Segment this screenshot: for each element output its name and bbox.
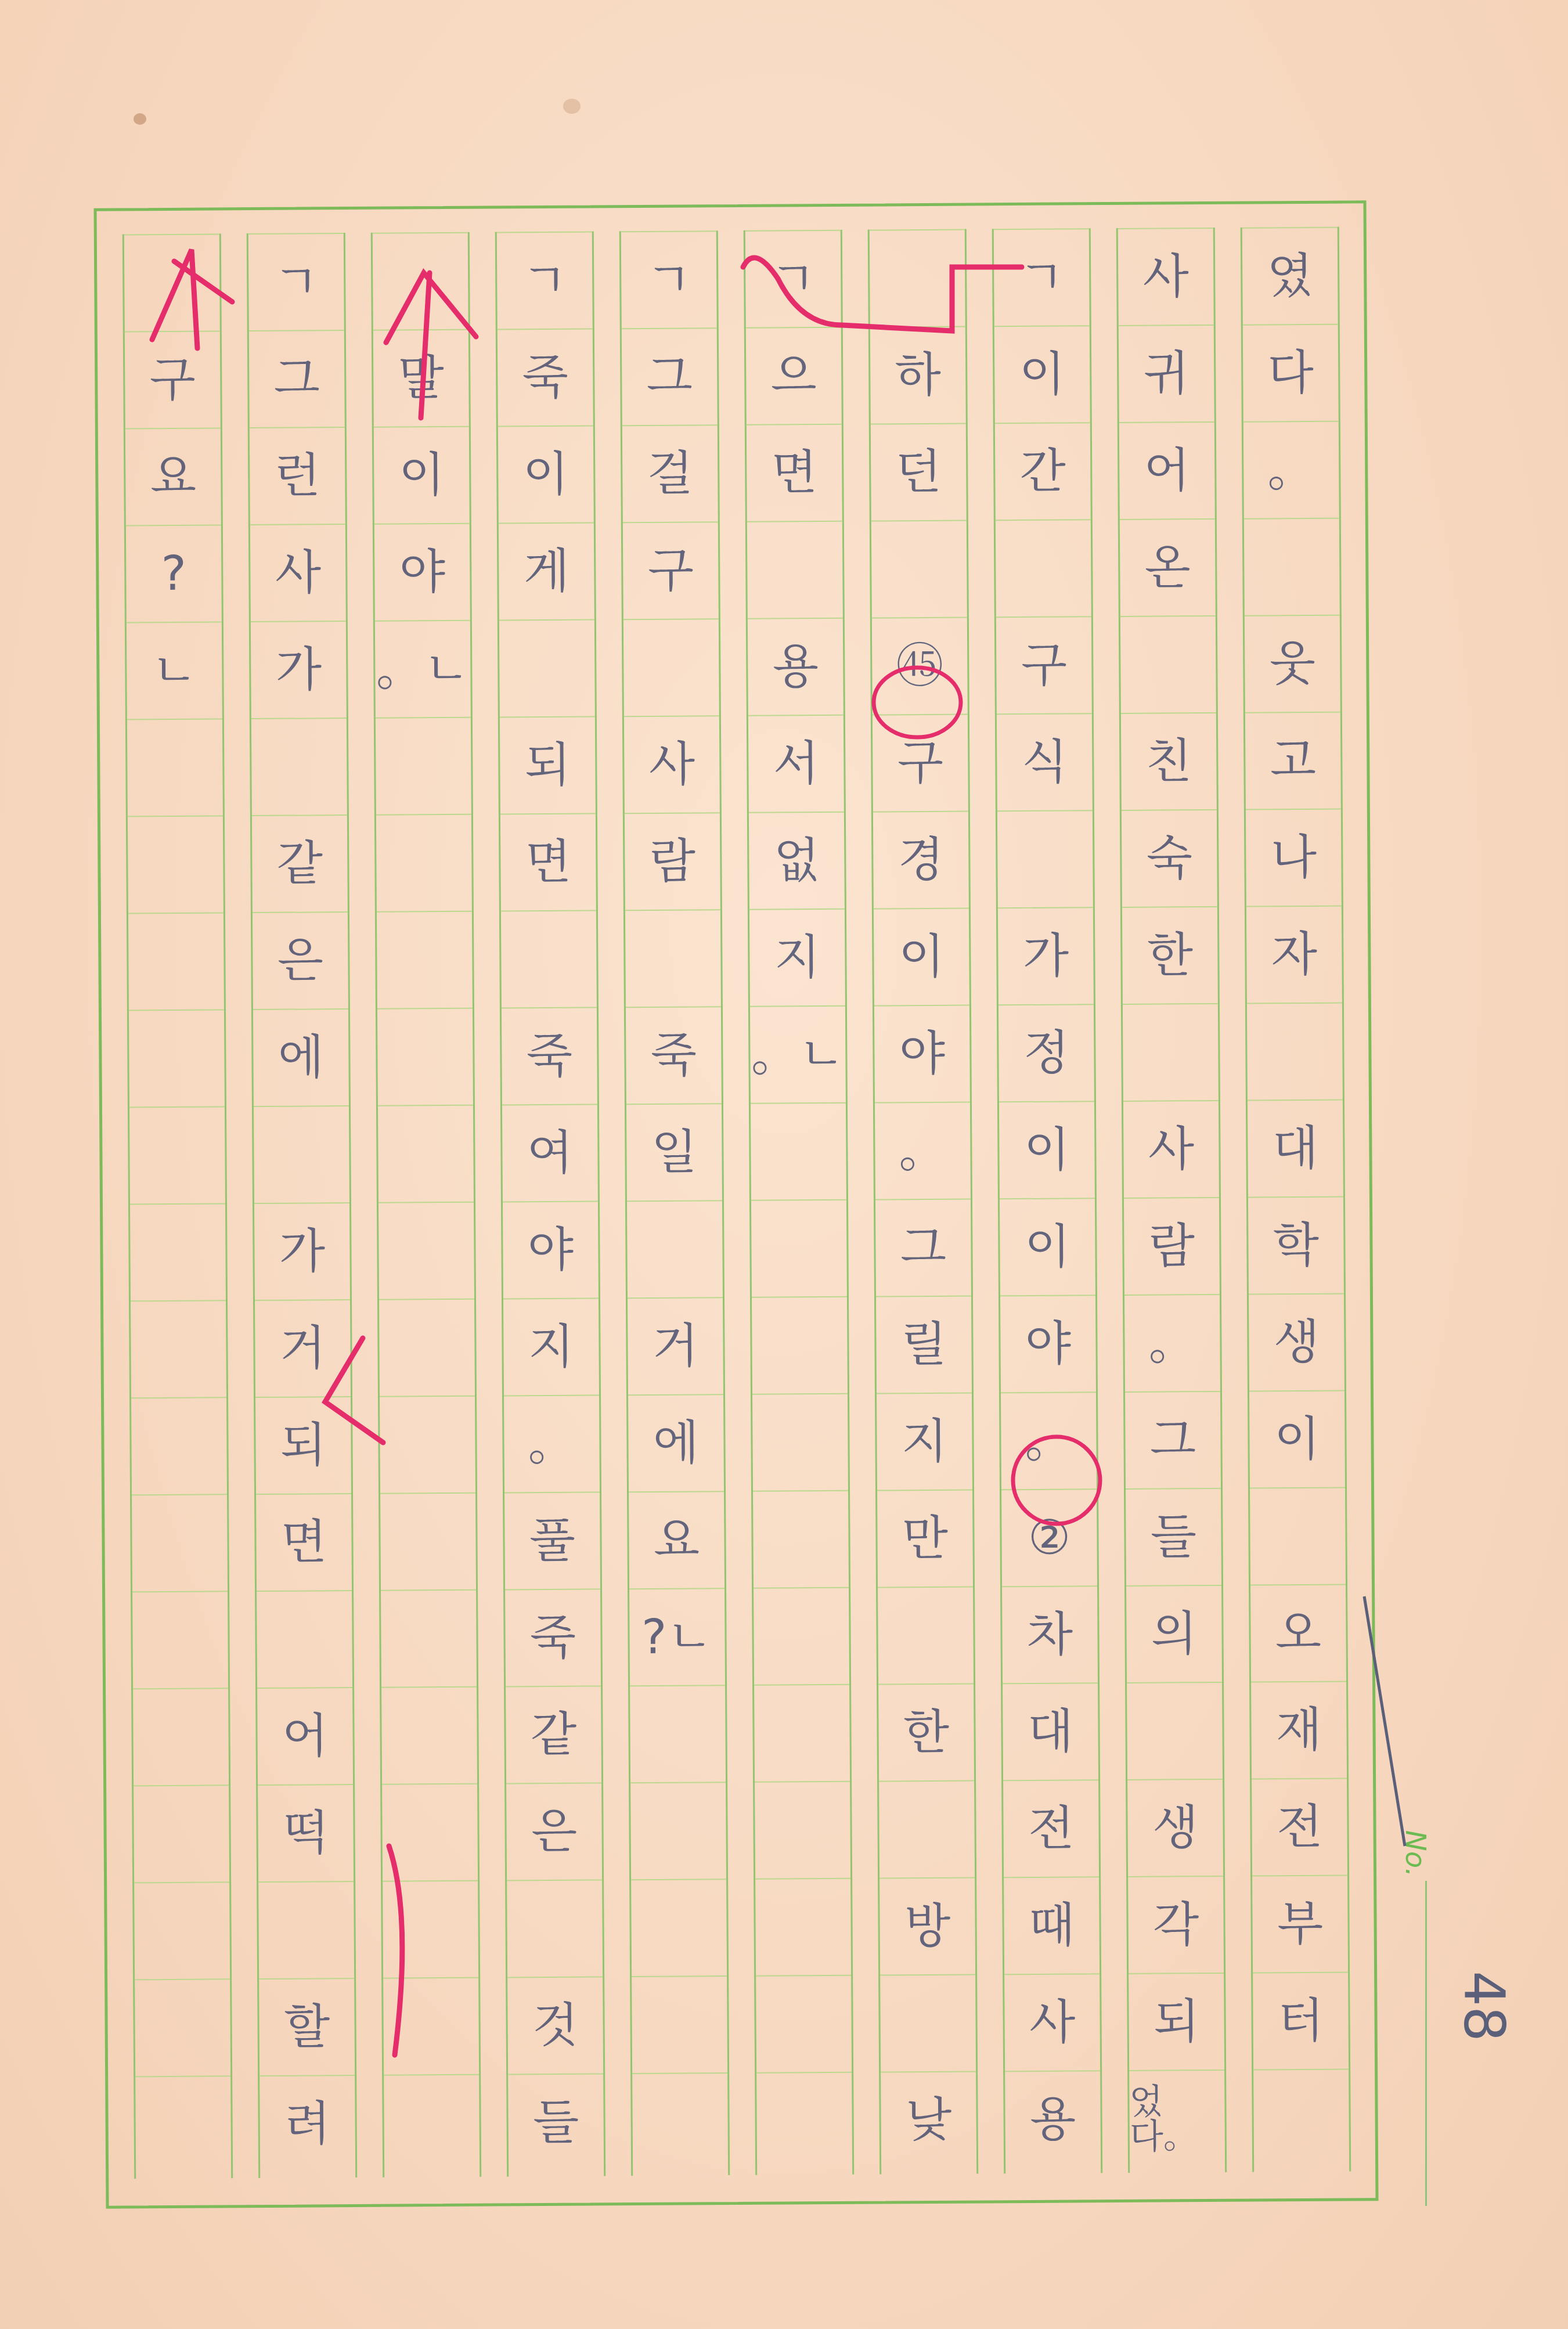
manuscript-cell: 야 [503,1200,599,1298]
handwritten-char: 。 [528,1420,576,1468]
manuscript-cell: 구 [125,330,221,428]
manuscript-cell: 사 [624,715,720,813]
handwritten-char: 죽 [522,354,568,401]
manuscript-cell: 사 [250,524,346,621]
manuscript-cell [257,1590,352,1688]
handwritten-char: 이 [522,450,569,498]
manuscript-cell [630,1782,726,1879]
handwritten-char: 거 [653,1322,699,1370]
manuscript-cell [381,1589,477,1687]
manuscript-cell: 은 [253,911,348,1009]
handwritten-char: 용 [1030,2096,1076,2143]
manuscript-cell: 오 [1250,1584,1346,1682]
manuscript-cell [251,718,347,815]
manuscript-cell [134,1881,230,1979]
handwritten-char: 면 [281,1519,327,1566]
handwritten-char: 없 [774,837,820,885]
manuscript-cell: 같 [506,1685,601,1783]
manuscript-cell: 。 [875,1102,971,1199]
manuscript-cell [382,1783,478,1881]
manuscript-cell: 학 [1248,1196,1344,1294]
manuscript-cell: 떡 [258,1784,354,1881]
handwritten-char: 이 [1024,1126,1070,1174]
manuscript-cell: ㄴ [127,621,222,719]
handwritten-char: 이 [1019,351,1065,398]
handwritten-char: 가 [279,1228,326,1275]
manuscript-cell: 。 [1124,1294,1220,1391]
handwritten-char: 한 [903,1708,950,1756]
handwritten-char: 것 [532,2002,579,2049]
manuscript-cell: 되 [1129,1973,1224,2070]
manuscript-cell [379,1202,474,1299]
handwritten-char: 어 [282,1712,329,1760]
manuscript-cell: ↑ [124,233,220,331]
manuscript-cell [128,815,224,913]
manuscript-cell [384,2074,480,2172]
handwritten-char: 。 [1267,446,1315,493]
manuscript-cell [499,619,595,716]
manuscript-cell: 들 [508,2073,604,2171]
manuscript-cell: 지 [877,1393,972,1490]
manuscript-cell: 친 [1121,712,1217,810]
handwritten-char: ㄱ [1018,254,1065,301]
handwritten-char: 요 [654,1516,700,1564]
handwritten-char: 낮 [906,2096,952,2144]
manuscript-cell: 게 [499,522,594,619]
handwritten-char: 구 [1021,641,1067,689]
manuscript-cell [378,1105,474,1202]
manuscript-cell: 그 [875,1199,971,1296]
manuscript-cell: 였 [1242,227,1338,325]
manuscript-cell: 용 [748,618,844,715]
manuscript-cell: 람 [625,812,720,910]
manuscript-cell: 부 [1252,1875,1348,1973]
manuscript-cell: 런 [250,427,345,524]
handwritten-char: 자 [1271,931,1318,978]
manuscript-cell [501,910,597,1007]
manuscript-cell: 이 [874,908,969,1005]
page-number: 48 [1451,1971,1516,2042]
handwritten-char: 전 [1277,1803,1323,1851]
manuscript-cell: ② [1001,1488,1097,1586]
manuscript-cell [751,1102,846,1200]
manuscript-cell: 그 [622,327,718,425]
manuscript-cell [507,1879,603,1977]
manuscript-cell [128,912,224,1010]
handwritten-char: 다 [1267,349,1314,396]
handwritten-char: 한 [1147,932,1194,979]
handwritten-char: 이 [398,452,445,499]
manuscript-cell: 한 [1122,906,1218,1004]
manuscript-cell: 되 [255,1396,351,1494]
handwritten-char: 할 [284,2003,330,2051]
handwritten-char: 의 [1151,1610,1198,1658]
manuscript-cell: 고 [1245,712,1341,809]
handwritten-char: 학 [1273,1221,1320,1269]
handwritten-char: 요 [150,453,196,500]
handwritten-char: 되 [525,741,571,789]
handwritten-char: 그 [646,353,693,401]
manuscript-cell: 하 [870,326,966,424]
handwritten-char: 었다。 [1129,2083,1225,2154]
manuscript-cell: 가 [254,1202,350,1300]
manuscript-cell: 죽 [498,328,593,426]
handwritten-char: 사 [649,741,695,788]
handwritten-char: 릴 [901,1321,947,1368]
handwritten-char: 。 [899,1127,947,1174]
manuscript-cell: 숙 [1122,809,1217,907]
manuscript-cell [383,1977,479,2075]
manuscript-cell: 터 [1253,1972,1349,2070]
handwritten-char: 죽 [527,1032,573,1080]
manuscript-cell: 가 [998,907,1094,1004]
manuscript-cell: 없 [749,812,845,909]
manuscript-cell [380,1492,476,1590]
handwritten-char: 지 [902,1418,948,1465]
handwritten-char: 생 [1274,1318,1320,1366]
manuscript-cell [632,2072,728,2170]
manuscript-cell [132,1494,228,1591]
manuscript-cell [1247,1003,1343,1100]
handwritten-char: 야 [528,1226,574,1274]
handwritten-char: 。 [1025,1417,1073,1465]
manuscript-cell: ㄱ [745,230,841,327]
handwritten-char: ② [1028,1514,1071,1562]
handwritten-char: 귀 [1143,350,1189,398]
handwritten-char: 방 [904,1902,951,1950]
manuscript-cell: 이 [1000,1198,1095,1295]
handwritten-char: 가 [1023,932,1069,980]
handwritten-char: 그 [1150,1416,1196,1464]
manuscript-cell: 구 [623,521,719,619]
manuscript-cell: 죽 [505,1588,601,1686]
manuscript-cell [131,1300,226,1397]
handwritten-char: 웃 [1269,640,1315,687]
manuscript-cell [381,1686,477,1784]
manuscript-cell: 어 [1119,421,1215,519]
handwritten-char: 였 [1267,252,1313,300]
page-number-label: No. [1399,1830,1432,1877]
manuscript-cell: ㄱ [497,231,593,329]
handwritten-char: 만 [902,1515,949,1562]
manuscript-cell [254,1105,349,1203]
manuscript-cell: 야 [874,1005,970,1102]
manuscript-cell: 거 [255,1299,351,1397]
manuscript-cell [1127,1682,1223,1779]
handwritten-char: 하 [895,351,941,399]
handwritten-char: 전 [1028,1805,1075,1852]
handwritten-char: 들 [533,2099,579,2146]
handwritten-char: 대 [1028,1708,1074,1755]
manuscript-cell: 이 [374,426,470,524]
manuscript-cell [996,519,1091,616]
manuscript-cell: 그 [1125,1391,1221,1488]
manuscript-cell: 면 [747,424,842,521]
manuscript-cell: ㄱ [994,228,1090,326]
manuscript-cell [871,520,967,618]
handwritten-char: 야 [1025,1320,1072,1368]
handwritten-char: 정 [1023,1029,1070,1077]
manuscript-cell: 에 [253,1008,349,1106]
manuscript-cell [751,1199,847,1297]
handwritten-char: 이 [899,933,945,980]
manuscript-column: ↑구요?ㄴ [122,233,233,2179]
manuscript-cell [630,1685,726,1782]
manuscript-cell [133,1688,229,1785]
manuscript-cell: 식 [997,713,1093,810]
manuscript-cell [752,1296,848,1394]
handwritten-char: 람 [1149,1223,1195,1270]
manuscript-cell: 으 [746,327,842,424]
manuscript-cell [879,1780,975,1878]
manuscript-cell: 。ㄴ [375,620,471,718]
handwritten-char: 려 [284,2100,331,2148]
manuscript-cell: 풀 [504,1491,600,1589]
manuscript-cell [625,909,721,1007]
manuscript-cell: 던 [871,423,967,521]
manuscript-cell [135,1978,230,2076]
manuscript-cell [127,718,223,816]
manuscript-cell: 。ㄴ [750,1005,846,1103]
handwritten-char: 경 [898,836,945,884]
page-number-line [1425,1881,1427,2206]
handwritten-char: 게 [523,547,569,595]
manuscript-cell [258,1881,354,1978]
manuscript-cell: 。 [1243,421,1339,518]
handwritten-char: 。ㄴ [376,645,470,693]
manuscript-cell: 다 [1243,324,1339,421]
manuscript-cell [756,2072,852,2169]
handwritten-char: ㄱ [521,257,568,304]
handwritten-char: 은 [531,1808,578,1855]
manuscript-cell: 어 [257,1687,353,1784]
manuscript-cell: 지 [503,1297,599,1395]
manuscript-cell: 가 [251,621,347,718]
handwritten-char: 서 [773,740,820,788]
handwritten-char: 나 [1271,834,1317,881]
handwritten-char: 면 [525,838,572,886]
manuscript-cell: 구 [873,714,968,812]
stain [563,99,581,114]
handwritten-char: 말 [398,355,444,402]
handwritten-char: ㄱ [646,256,692,304]
manuscript-cell: 은 [506,1782,602,1880]
manuscript-cell [376,814,472,911]
manuscript-cell: 었다。 [1129,2070,1225,2167]
manuscript-cell: ↑ [373,232,468,330]
handwritten-char: 사 [1029,1999,1076,2046]
manuscript-cell [623,618,719,716]
manuscript-cell: 。 [504,1394,600,1492]
handwritten-char: 터 [1278,1997,1324,2045]
manuscript-cell [754,1587,849,1685]
manuscript-cell: 말 [373,329,469,427]
handwritten-char: 재 [1276,1706,1322,1754]
manuscript-column: ↑말이야。ㄴ [371,232,481,2177]
manuscript-cell [1253,2069,1349,2166]
manuscript-cell [129,1009,225,1106]
manuscript-column: ㄱ이간구식가정이이야。②차대전때사용 [992,228,1102,2173]
handwritten-char: 그 [900,1224,947,1271]
manuscript-cell [379,1299,475,1396]
manuscript-cell [997,810,1093,907]
manuscript-column: ㄱ그걸구사람죽일거에요?ㄴ [619,230,730,2176]
manuscript-grid: 였다。웃고나자대학생이오재전부터사귀어온친숙한사람。그들의생각되었다。ㄱ이간구식… [93,200,1378,2208]
manuscript-cell: 이 [999,1101,1095,1198]
handwritten-char: 으 [770,352,817,400]
manuscript-cell [753,1490,849,1588]
manuscript-cell [756,1975,852,2072]
handwritten-char: 같 [531,1711,577,1758]
handwritten-char: 생 [1152,1804,1199,1852]
handwritten-char: 구 [149,356,196,403]
manuscript-cell: 용 [1005,2070,1101,2168]
handwritten-char: 그 [273,355,320,403]
manuscript-cell: 낮 [881,2071,976,2169]
manuscript-cell: 죽 [502,1007,597,1104]
handwritten-char: 지 [528,1323,575,1371]
handwritten-char: 야 [399,549,445,596]
handwritten-char: 에 [278,1034,325,1081]
manuscript-cell: ㊺ [872,617,968,715]
handwritten-char: 거 [280,1325,326,1372]
manuscript-cell: 같 [252,814,348,912]
handwritten-char: ? [161,550,186,597]
handwritten-char: 숙 [1147,835,1193,882]
handwritten-char: 지 [774,934,821,982]
manuscript-cell: 자 [1246,906,1342,1003]
manuscript-cell [632,1975,727,2073]
handwritten-char: 。 [1148,1319,1196,1367]
manuscript-cell: 구 [996,616,1092,713]
handwritten-char: 풀 [529,1517,576,1564]
manuscript-cell: ?ㄴ [629,1588,725,1685]
handwritten-char: ㄱ [273,258,319,306]
handwritten-char: 죽 [651,1032,697,1079]
manuscript-cell: 지 [749,908,845,1006]
manuscript-cell: 걸 [622,424,718,522]
manuscript-cell: 대 [1248,1099,1343,1197]
handwritten-char: ㄴ [152,647,198,694]
handwritten-char: 구 [647,547,694,594]
manuscript-cell [132,1591,228,1688]
handwritten-char: 야 [899,1030,946,1077]
handwritten-char: 간 [1019,448,1066,495]
manuscript-cell [377,911,473,1008]
manuscript-cell [1244,518,1340,615]
manuscript-cell: 요 [629,1491,724,1588]
handwritten-char: 죽 [530,1614,576,1661]
manuscript-cell [377,1008,473,1105]
manuscript-cell: 야 [1000,1295,1096,1392]
manuscript-cell: ㄱ [621,230,717,328]
handwritten-char: 걸 [647,450,693,497]
handwritten-char: 람 [650,838,696,885]
manuscript-cell [129,1106,225,1203]
manuscript-cell: 에 [628,1394,724,1491]
manuscript-cell: 그 [249,330,345,427]
manuscript-cell: 사 [1004,1973,1100,2071]
manuscript-cell [376,717,471,814]
manuscript-cell: 간 [995,422,1091,520]
handwritten-char: 차 [1027,1611,1073,1659]
manuscript-cell: 사 [1123,1100,1219,1198]
handwritten-char: 사 [275,549,321,597]
manuscript-cell: 서 [748,715,844,812]
manuscript-cell [631,1879,727,1976]
manuscript-cell: 면 [500,813,596,910]
handwritten-char: 부 [1277,1900,1324,1948]
manuscript-cell: 할 [259,1978,355,2075]
manuscript-cell: 경 [873,811,969,908]
manuscript-cell [870,229,965,327]
manuscript-cell [754,1684,850,1782]
manuscript-cell: 방 [879,1877,975,1975]
manuscript-cell: 일 [626,1103,722,1200]
handwritten-char: 여 [527,1129,574,1177]
manuscript-cell: 이 [1249,1390,1345,1488]
handwritten-char: 들 [1151,1513,1197,1561]
handwritten-char: 대 [1273,1124,1319,1172]
manuscript-cell: 온 [1120,518,1216,616]
manuscript-column: ㄱ그런사가같은에가거되면어떡할려 [247,233,357,2178]
manuscript-cell [755,1781,850,1879]
manuscript-cell [747,521,843,618]
handwritten-char: 같 [277,840,323,888]
manuscript-cell: ? [126,524,222,622]
manuscript-cell: 것 [507,1976,603,2074]
handwritten-char: 이 [1025,1223,1071,1271]
manuscript-cell [383,1880,478,1978]
manuscript-cell [131,1397,227,1494]
manuscript-cell: 전 [1003,1779,1099,1877]
handwritten-char: ㊺ [896,642,944,690]
handwritten-char: 일 [651,1129,698,1176]
manuscript-cell: 의 [1126,1585,1222,1682]
manuscript-column: 였다。웃고나자대학생이오재전부터 [1241,227,1351,2172]
manuscript-cell: 만 [877,1490,973,1587]
manuscript-cell: 때 [1004,1876,1100,1974]
manuscript-column: ㄱ으면용서없지。ㄴ [744,230,854,2175]
manuscript-cell: 한 [878,1683,974,1781]
manuscript-cell: 나 [1246,809,1342,906]
stain [134,113,146,125]
manuscript-cell: 웃 [1245,615,1340,712]
manuscript-cell [380,1396,475,1493]
handwritten-char: ㄱ [770,255,816,303]
manuscript-cell: 야 [374,523,470,621]
manuscript-cell: 전 [1252,1778,1347,1876]
manuscript-cell [627,1200,723,1297]
handwritten-char: 식 [1021,738,1068,786]
manuscript-cell: 재 [1251,1681,1347,1779]
manuscript-cell: 거 [628,1297,723,1394]
handwritten-char: 던 [895,448,942,496]
manuscript-column: 사귀어온친숙한사람。그들의생각되었다。 [1116,228,1227,2173]
handwritten-char: 되 [1154,1998,1200,2046]
manuscript-cell: 요 [125,427,221,525]
manuscript-cell [752,1393,848,1491]
manuscript-cell: 사 [1118,228,1214,325]
manuscript-cell: 귀 [1119,325,1214,422]
handwritten-char: 고 [1270,737,1316,784]
manuscript-column: ㄱ죽이게되면죽여야지。풀죽같은것들 [495,231,605,2176]
handwritten-char: 은 [277,937,324,985]
manuscript-cell: 릴 [876,1296,972,1393]
handwritten-char: 구 [897,739,944,787]
manuscript-cell: 려 [259,2075,355,2172]
manuscript-cell: 정 [999,1004,1094,1101]
